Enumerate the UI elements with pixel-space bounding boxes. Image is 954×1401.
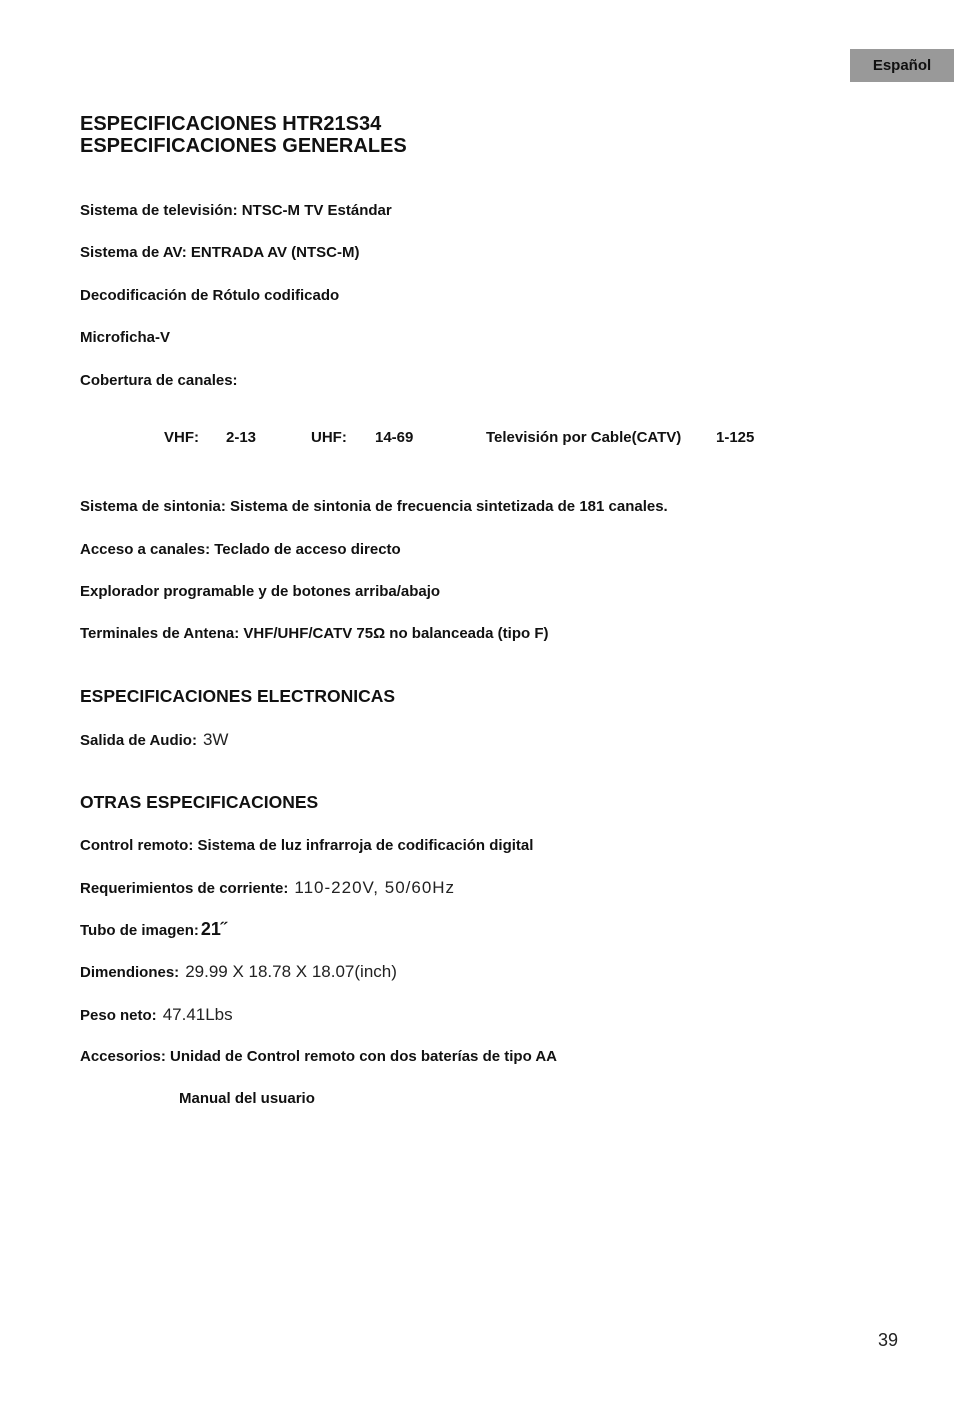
audio-value: 3W — [203, 730, 229, 749]
audio-label: Salida de Audio: — [80, 732, 197, 749]
spec-scanner: Explorador programable y de botones arri… — [80, 583, 440, 600]
spec-channel-access: Acceso a canales: Teclado de acceso dire… — [80, 541, 401, 558]
section-heading-electronic: ESPECIFICACIONES ELECTRONICAS — [80, 686, 395, 707]
spec-antenna: Terminales de Antena: VHF/UHF/CATV 75Ω n… — [80, 625, 548, 642]
uhf-label: UHF: — [311, 429, 347, 446]
weight-label: Peso neto: — [80, 1007, 157, 1024]
tube-label: Tubo de imagen: — [80, 922, 199, 939]
spec-caption: Decodificación de Rótulo codificado — [80, 287, 339, 304]
page-number: 39 — [878, 1330, 898, 1351]
dimensions-value: 29.99 X 18.78 X 18.07(inch) — [185, 962, 397, 981]
vhf-value: 2-13 — [226, 429, 256, 446]
spec-channel-coverage: Cobertura de canales: — [80, 372, 238, 389]
spec-av-system: Sistema de AV: ENTRADA AV (NTSC-M) — [80, 244, 359, 261]
spec-accessories: Accesorios: Unidad de Control remoto con… — [80, 1048, 557, 1065]
spec-tv-system: Sistema de televisión: NTSC-M TV Estánda… — [80, 202, 392, 219]
page-title: ESPECIFICACIONES HTR21S34 — [80, 113, 381, 135]
spec-dimensions: Dimendiones:29.99 X 18.78 X 18.07(inch) — [80, 962, 397, 982]
spec-power: Requerimientos de corriente:110-220V, 50… — [80, 878, 455, 898]
spec-tuning: Sistema de sintonia: Sistema de sintonia… — [80, 498, 668, 515]
uhf-value: 14-69 — [375, 429, 413, 446]
spec-tube: Tubo de imagen:21˝ — [80, 919, 227, 940]
spec-weight: Peso neto:47.41Lbs — [80, 1005, 233, 1025]
spec-microficha: Microficha-V — [80, 329, 170, 346]
power-label: Requerimientos de corriente: — [80, 880, 288, 897]
section-heading-other: OTRAS ESPECIFICACIONES — [80, 792, 318, 813]
weight-value: 47.41Lbs — [163, 1005, 233, 1024]
catv-value: 1-125 — [716, 429, 754, 446]
vhf-label: VHF: — [164, 429, 199, 446]
section-title-general: ESPECIFICACIONES GENERALES — [80, 135, 407, 157]
spec-remote: Control remoto: Sistema de luz infrarroj… — [80, 837, 533, 854]
power-value: 110-220V, 50/60Hz — [294, 878, 455, 897]
dimensions-label: Dimendiones: — [80, 964, 179, 981]
spec-accessories-manual: Manual del usuario — [179, 1090, 315, 1107]
tube-value: 21˝ — [201, 919, 227, 939]
language-tab: Español — [850, 49, 954, 82]
catv-label: Televisión por Cable(CATV) — [486, 429, 681, 446]
title-prefix: ESPECIFICACIONES — [80, 113, 277, 135]
model-number: HTR21S34 — [282, 113, 381, 135]
spec-audio: Salida de Audio:3W — [80, 730, 228, 750]
